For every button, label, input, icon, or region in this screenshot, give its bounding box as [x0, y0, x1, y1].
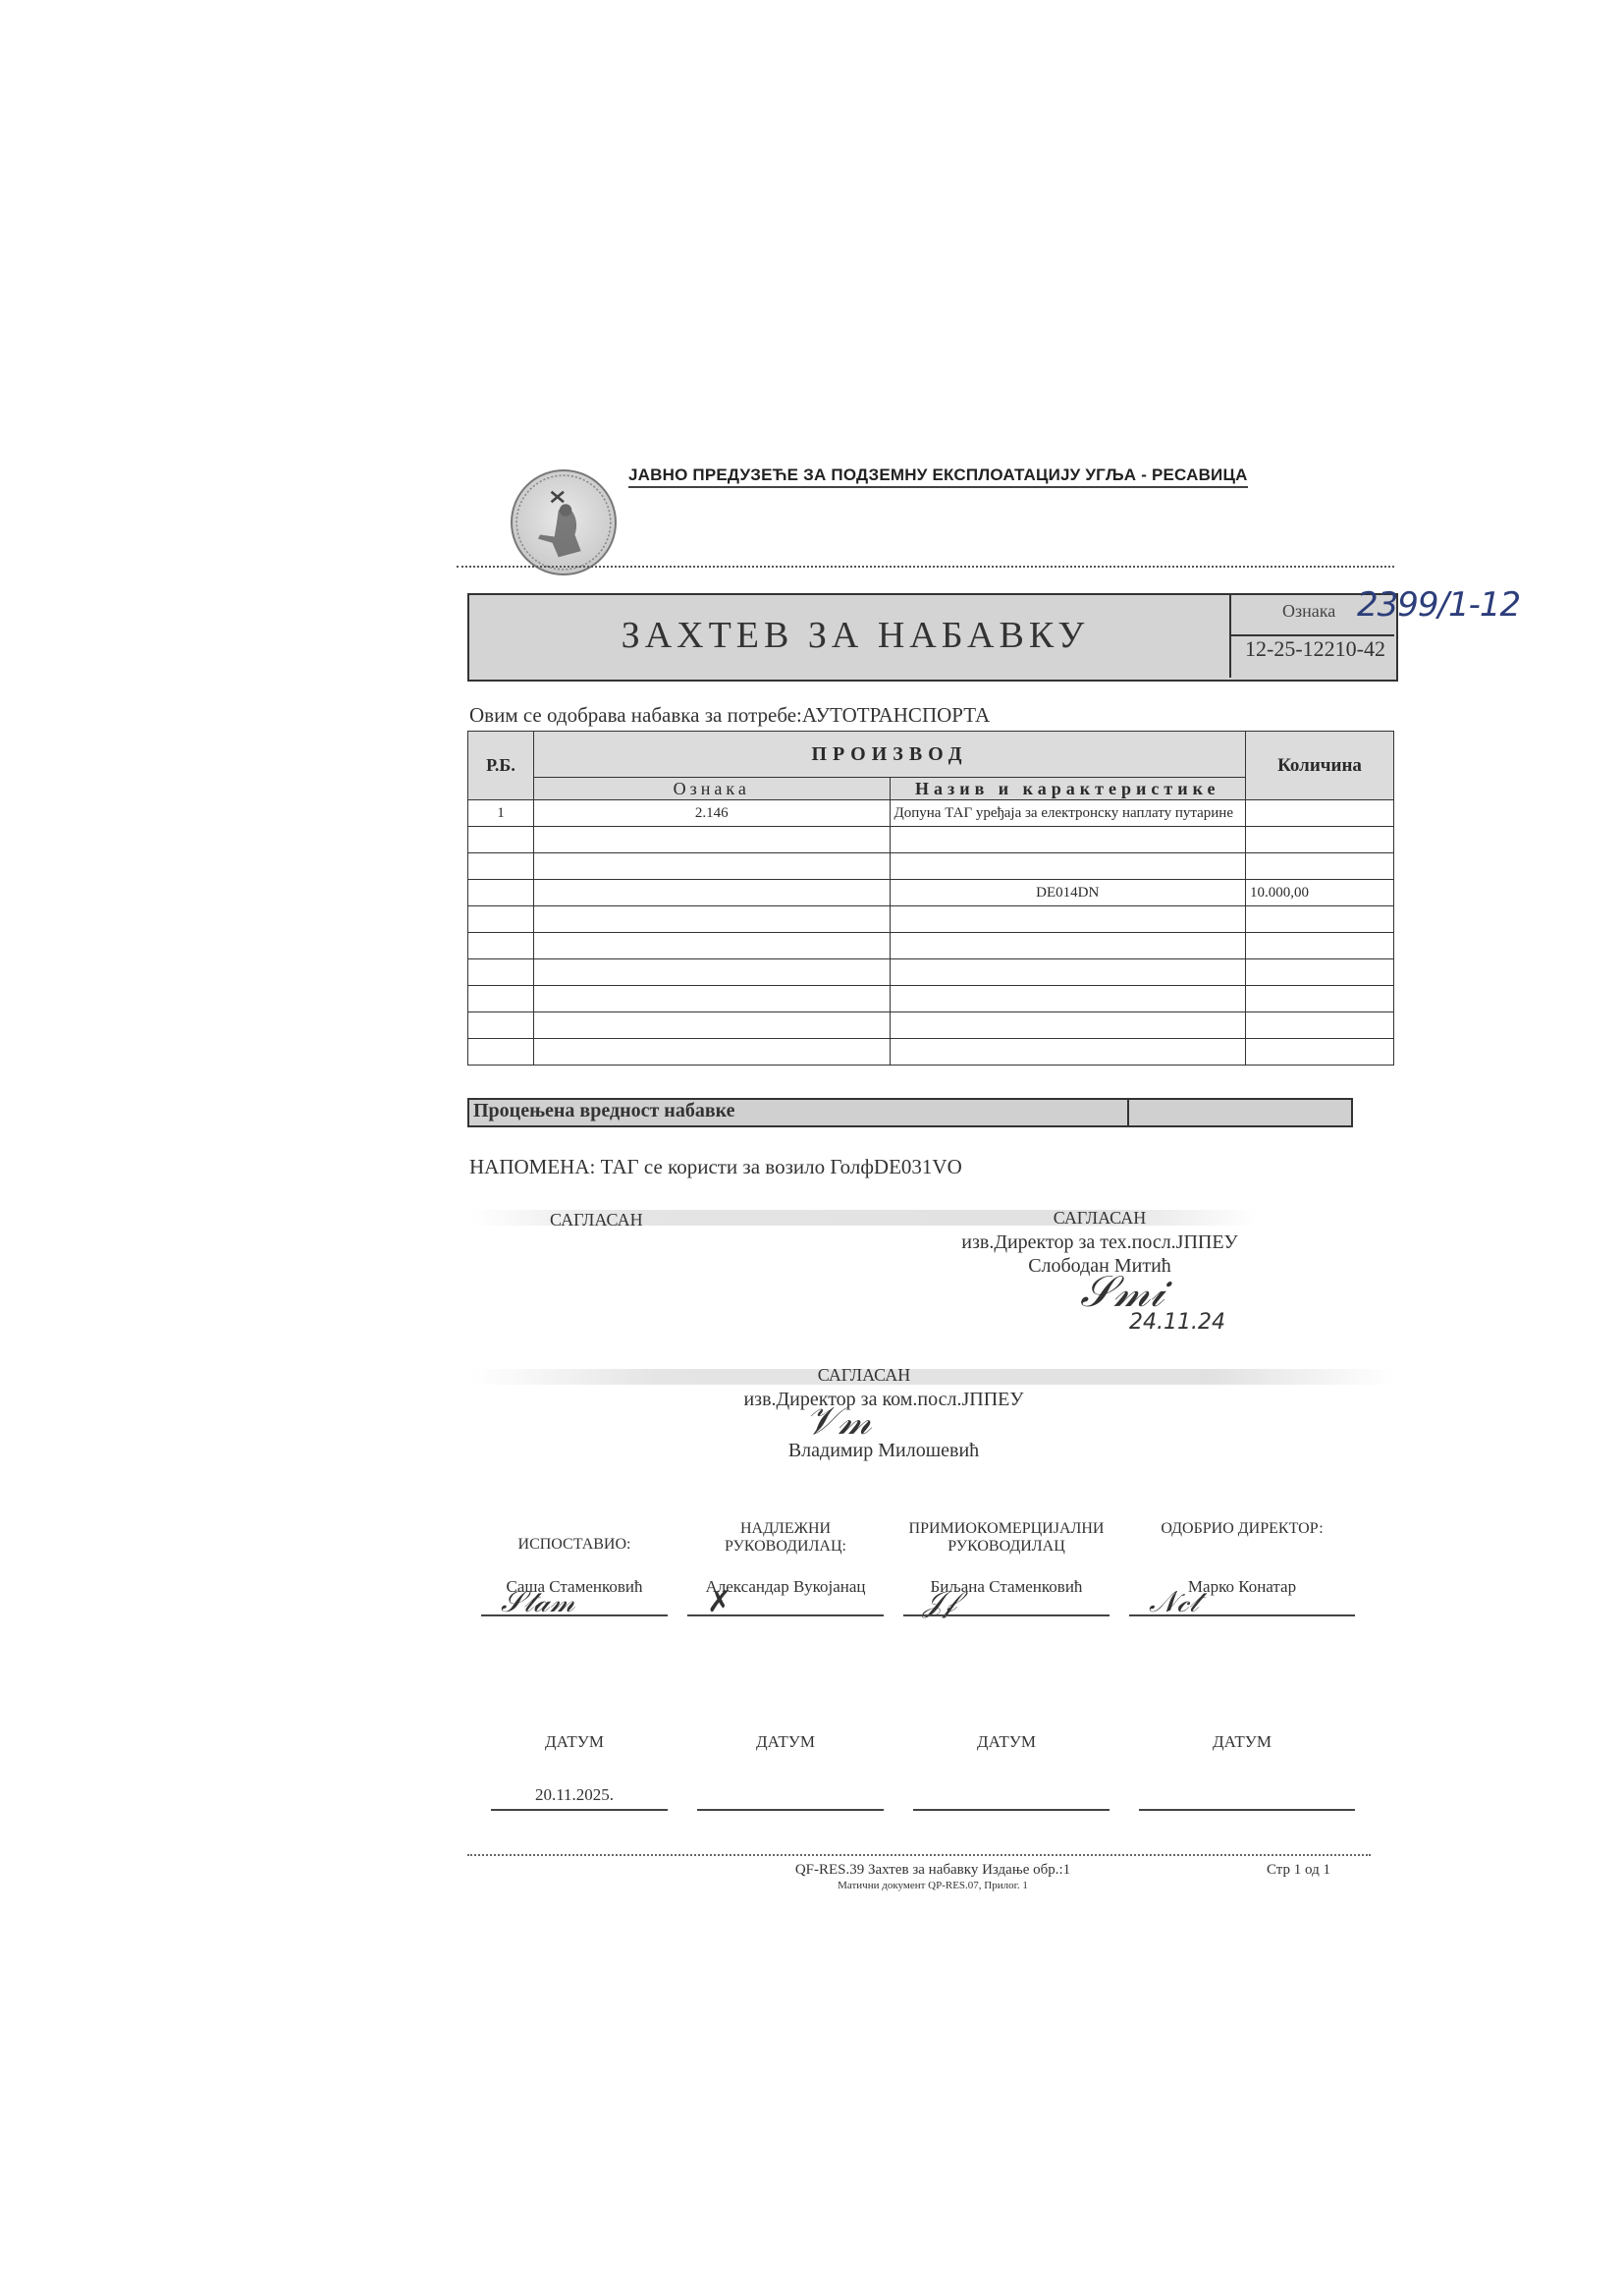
header-name: Назив и карактеристике [890, 778, 1246, 800]
table-row [468, 827, 1394, 853]
table-row [468, 1012, 1394, 1039]
cell-code [534, 986, 891, 1012]
cell-name: Допуна ТАГ уређаја за електронску наплат… [890, 800, 1246, 827]
approval-left-label: САГЛАСАН [550, 1210, 643, 1230]
cell-rb [468, 906, 534, 933]
table-row [468, 1039, 1394, 1066]
company-name: ЈАВНО ПРЕДУЗЕЋЕ ЗА ПОДЗЕМНУ ЕКСПЛОАТАЦИЈ… [628, 465, 1248, 488]
signature-line [481, 1614, 668, 1616]
cell-code: 2.146 [534, 800, 891, 827]
cell-quantity [1246, 986, 1394, 1012]
cell-code [534, 880, 891, 906]
cell-code [534, 933, 891, 959]
signatory-role: ИСПОСТАВИО: [481, 1536, 668, 1554]
footer-parent-document: Матични документ QP-RES.07, Прилог. 1 [687, 1880, 1178, 1891]
cell-code [534, 959, 891, 986]
table-row [468, 959, 1394, 986]
cell-quantity [1246, 959, 1394, 986]
cell-name [890, 827, 1246, 853]
header-divider [457, 566, 1394, 568]
signatory-date: 20.11.2025. [481, 1785, 668, 1805]
cell-code [534, 853, 891, 880]
cell-rb [468, 827, 534, 853]
approval-center-role: изв.Директор за ком.посл.ЈППЕУ [687, 1389, 1080, 1411]
cell-name [890, 1039, 1246, 1066]
datum-label: ДАТУМ [1129, 1732, 1355, 1752]
approval-center-label: САГЛАСАН [746, 1365, 982, 1386]
items-table-wrapper: Р.Б. ПРОИЗВОД Количина Ознака Назив и ка… [467, 731, 1394, 1066]
oznaka-label: Ознака [1282, 601, 1335, 622]
document-title: ЗАХТЕВ ЗА НАБАВКУ [467, 593, 1243, 678]
table-row: 12.146Допуна ТАГ уређаја за електронску … [468, 800, 1394, 827]
header-rb: Р.Б. [468, 732, 534, 800]
date-line [913, 1809, 1110, 1811]
header-code: Ознака [534, 778, 891, 800]
cell-name: DE014DN [890, 880, 1246, 906]
cell-rb [468, 853, 534, 880]
cell-quantity [1246, 906, 1394, 933]
approval-center-name: Владимир Милошевић [746, 1440, 1021, 1462]
document-number: 12-25-12210-42 [1245, 636, 1385, 662]
datum-label: ДАТУМ [481, 1732, 668, 1752]
signature-line [687, 1614, 884, 1616]
header-quantity: Количина [1246, 732, 1394, 800]
table-row [468, 906, 1394, 933]
approval-right-handwritten-date: 24.11.24 [1129, 1310, 1225, 1335]
cell-quantity [1246, 853, 1394, 880]
cell-name [890, 933, 1246, 959]
approval-right-role: изв.Директор за тех.посл.ЈППЕУ [923, 1231, 1276, 1254]
cell-rb [468, 986, 534, 1012]
approval-line: Овим се одобрава набавка за потребе:АУТО… [469, 703, 990, 728]
table-row [468, 986, 1394, 1012]
cell-name [890, 853, 1246, 880]
oznaka-handwritten-number: 2399/1-12 [1357, 585, 1520, 625]
company-seal-logo [511, 469, 617, 575]
note: НАПОМЕНА: ТАГ се користи за возило ГолфD… [469, 1155, 962, 1179]
datum-label: ДАТУМ [687, 1732, 884, 1752]
table-row: DE014DN10.000,00 [468, 880, 1394, 906]
cell-quantity [1246, 933, 1394, 959]
signatory-role: ПРИМИОКОМЕРЦИЈАЛНИ РУКОВОДИЛАЦ [903, 1520, 1110, 1556]
signature-line [903, 1614, 1110, 1616]
footer-form-code: QF-RES.39 Захтев за набавку Издање обр.:… [687, 1862, 1178, 1879]
estimate-label: Процењена вредност набавке [473, 1100, 735, 1122]
cell-name [890, 986, 1246, 1012]
cell-rb: 1 [468, 800, 534, 827]
date-line [697, 1809, 884, 1811]
signatory-role: НАДЛЕЖНИ РУКОВОДИЛАЦ: [687, 1520, 884, 1556]
signature-line [1129, 1614, 1355, 1616]
cell-rb [468, 959, 534, 986]
miner-seal-icon [513, 471, 615, 574]
table-row [468, 933, 1394, 959]
cell-rb [468, 1012, 534, 1039]
items-table: Р.Б. ПРОИЗВОД Количина Ознака Назив и ка… [467, 731, 1394, 1066]
cell-rb [468, 1039, 534, 1066]
cell-quantity [1246, 800, 1394, 827]
cell-quantity: 10.000,00 [1246, 880, 1394, 906]
footer-page-number: Стр 1 од 1 [1267, 1862, 1330, 1879]
cell-code [534, 827, 891, 853]
approval-center-signature: 𝒱𝓂 [805, 1398, 871, 1444]
footer-divider [467, 1854, 1371, 1856]
approval-right-label: САГЛАСАН [982, 1208, 1218, 1229]
estimate-divider [1127, 1098, 1129, 1125]
cell-code [534, 906, 891, 933]
cell-rb [468, 933, 534, 959]
table-row [468, 853, 1394, 880]
cell-quantity [1246, 827, 1394, 853]
cell-name [890, 1012, 1246, 1039]
cell-quantity [1246, 1012, 1394, 1039]
signatory-role: ОДОБРИО ДИРЕКТОР: [1129, 1520, 1355, 1538]
cell-name [890, 906, 1246, 933]
cell-quantity [1246, 1039, 1394, 1066]
cell-code [534, 1012, 891, 1039]
date-line [491, 1809, 668, 1811]
datum-label: ДАТУМ [903, 1732, 1110, 1752]
header-product: ПРОИЗВОД [534, 732, 1246, 778]
date-line [1139, 1809, 1355, 1811]
cell-rb [468, 880, 534, 906]
cell-name [890, 959, 1246, 986]
cell-code [534, 1039, 891, 1066]
